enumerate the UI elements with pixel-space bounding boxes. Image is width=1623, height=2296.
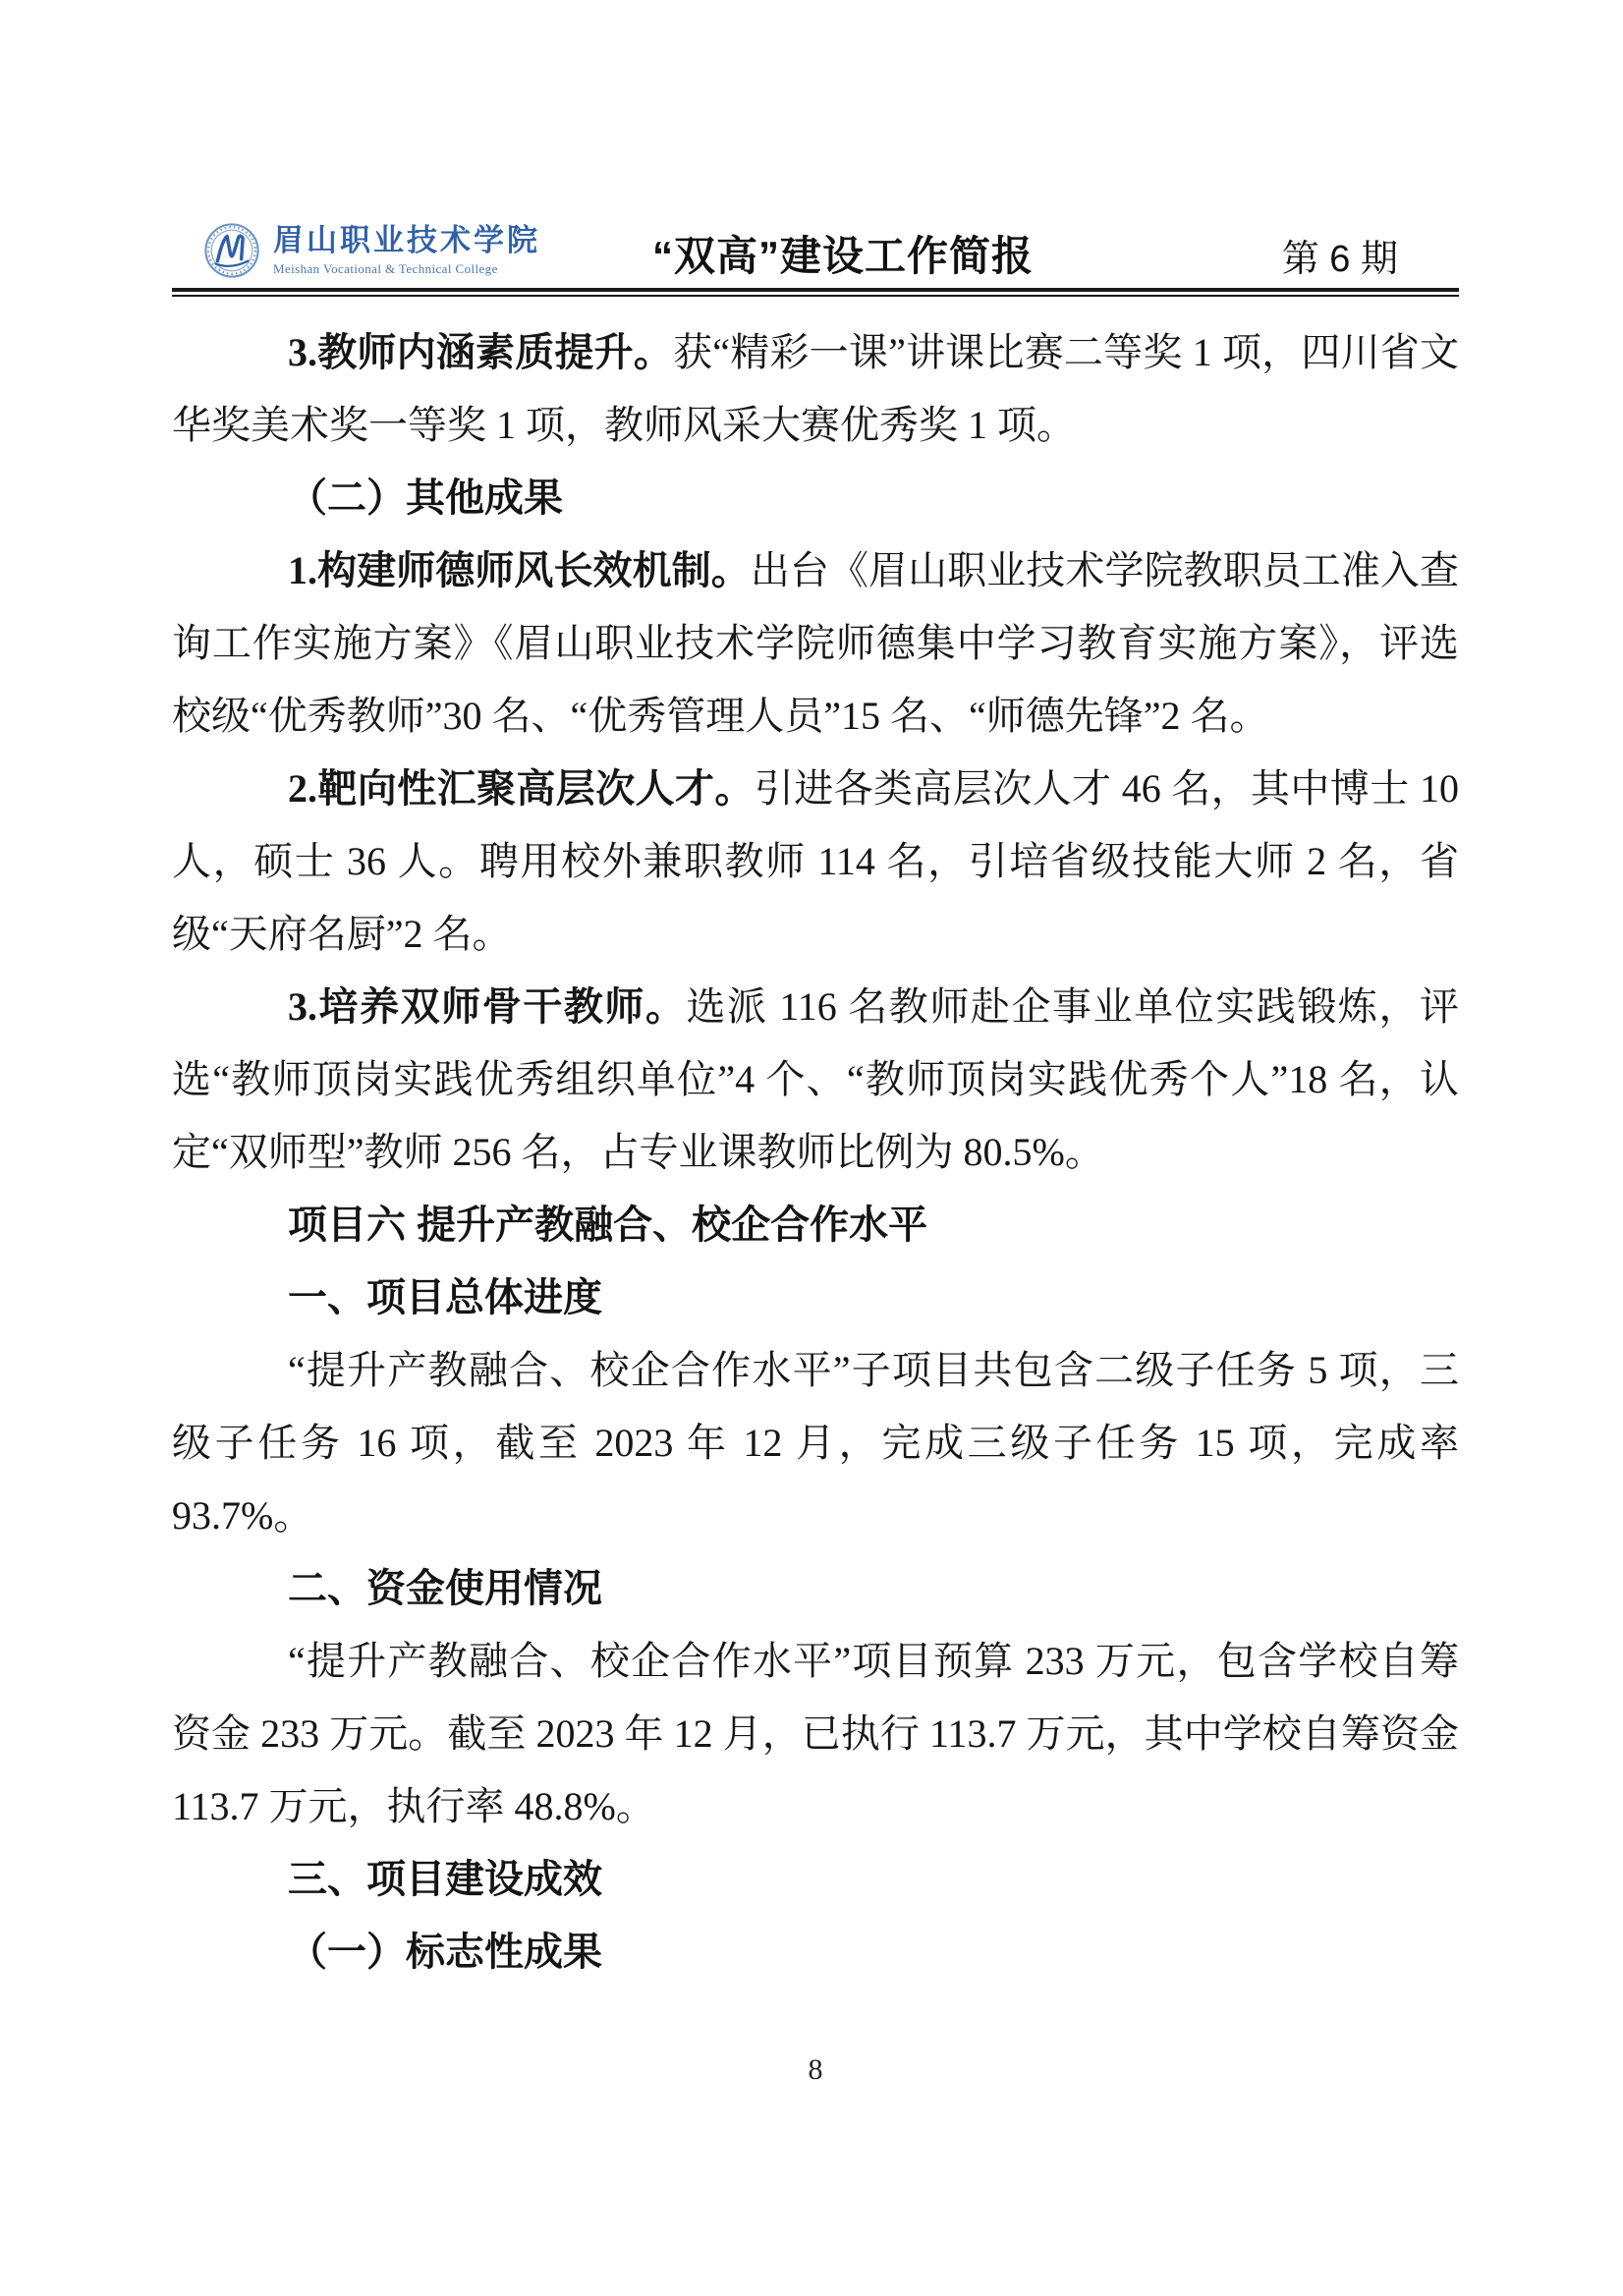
paragraph-lead: 2.靶向性汇聚高层次人才。 bbox=[288, 766, 755, 811]
project-heading: 项目六 提升产教融合、校企合作水平 bbox=[172, 1189, 1459, 1261]
paragraph: 3.培养双师骨干教师。选派 116 名教师赴企事业单位实践锻炼，评选“教师顶岗实… bbox=[172, 971, 1459, 1189]
issue-number: 第 6 期 bbox=[1282, 228, 1398, 282]
college-name-cn: 眉山职业技术学院 bbox=[273, 224, 540, 257]
paragraph-text: “提升产教融合、校企合作水平”项目预算 233 万元，包含学校自筹资金 233 … bbox=[172, 1639, 1459, 1828]
paragraph-lead: 1.构建师德师风长效机制。 bbox=[288, 548, 751, 592]
section-heading: 二、资金使用情况 bbox=[172, 1552, 1459, 1625]
paragraph: “提升产教融合、校企合作水平”项目预算 233 万元，包含学校自筹资金 233 … bbox=[172, 1625, 1459, 1843]
bulletin-title: “双高”建设工作简报 bbox=[652, 224, 1034, 283]
section-heading: （二）其他成果 bbox=[172, 462, 1459, 534]
section-heading: （一）标志性成果 bbox=[172, 1916, 1459, 1988]
paragraph: “提升产教融合、校企合作水平”子项目共包含二级子任务 5 项，三级子任务 16 … bbox=[172, 1334, 1459, 1552]
paragraph: 3.教师内涵素质提升。获“精彩一课”讲课比赛二等奖 1 项，四川省文华奖美术奖一… bbox=[172, 316, 1459, 462]
page-header: 眉山职业技术学院 Meishan Vocational & Technical … bbox=[172, 222, 1459, 285]
paragraph-text: “提升产教融合、校企合作水平”子项目共包含二级子任务 5 项，三级子任务 16 … bbox=[172, 1348, 1459, 1538]
document-body: 3.教师内涵素质提升。获“精彩一课”讲课比赛二等奖 1 项，四川省文华奖美术奖一… bbox=[172, 316, 1459, 1988]
paragraph: 2.靶向性汇聚高层次人才。引进各类高层次人才 46 名，其中博士 10 人，硕士… bbox=[172, 753, 1459, 971]
page-number: 8 bbox=[172, 2053, 1459, 2087]
college-name-block: 眉山职业技术学院 Meishan Vocational & Technical … bbox=[273, 224, 540, 276]
paragraph-lead: 3.培养双师骨干教师。 bbox=[288, 984, 687, 1029]
paragraph: 1.构建师德师风长效机制。出台《眉山职业技术学院教职员工准入查询工作实施方案》《… bbox=[172, 534, 1459, 753]
college-name-en: Meishan Vocational & Technical College bbox=[273, 261, 540, 277]
header-rule bbox=[172, 288, 1459, 297]
college-logo: 眉山职业技术学院 Meishan Vocational & Technical … bbox=[203, 222, 540, 279]
college-emblem-icon bbox=[203, 222, 260, 279]
paragraph-lead: 3.教师内涵素质提升。 bbox=[288, 330, 673, 374]
section-heading: 一、项目总体进度 bbox=[172, 1261, 1459, 1334]
section-heading: 三、项目建设成效 bbox=[172, 1843, 1459, 1916]
